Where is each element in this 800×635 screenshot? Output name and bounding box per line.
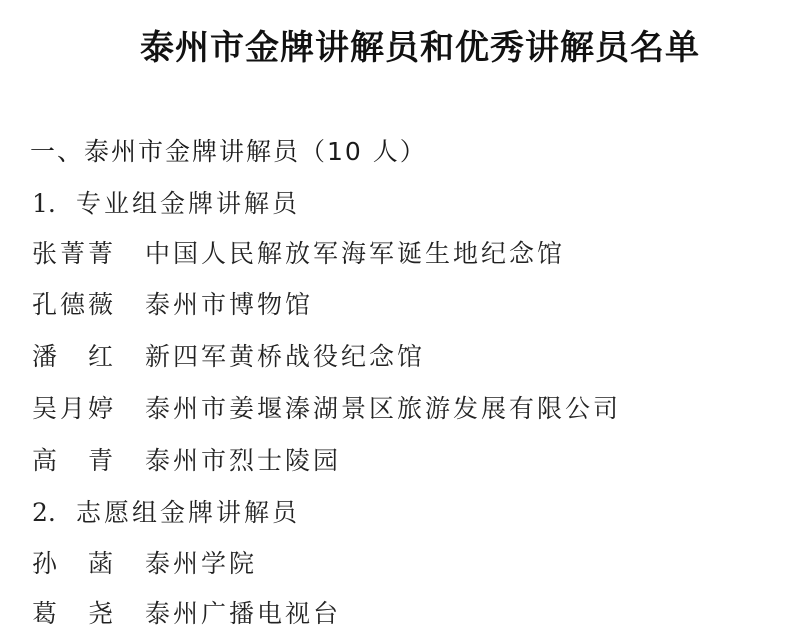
- list-item: 吴月婷泰州市姜堰溱湖景区旅游发展有限公司: [32, 389, 621, 423]
- person-name: 潘 红: [32, 337, 145, 373]
- group-number: 2.: [32, 498, 76, 527]
- person-name: 吴月婷: [32, 389, 145, 425]
- list-item: 张菁菁中国人民解放军海军诞生地纪念馆: [32, 234, 565, 268]
- list-item: 葛 尧泰州广播电视台: [32, 594, 341, 628]
- person-org: 泰州市烈士陵园: [145, 441, 341, 477]
- person-name: 葛 尧: [32, 594, 145, 630]
- list-item: 高 青泰州市烈士陵园: [32, 441, 341, 475]
- document-title: 泰州市金牌讲解员和优秀讲解员名单: [0, 20, 800, 69]
- person-org: 泰州广播电视台: [145, 594, 341, 630]
- group-heading: 2.志愿组金牌讲解员: [32, 493, 300, 527]
- group-heading: 1.专业组金牌讲解员: [32, 184, 300, 218]
- list-item: 孔德薇泰州市博物馆: [32, 285, 313, 319]
- list-item: 潘 红新四军黄桥战役纪念馆: [32, 337, 425, 371]
- list-item: 孙 菡泰州学院: [32, 544, 257, 578]
- person-org: 泰州市博物馆: [145, 285, 313, 321]
- person-name: 张菁菁: [32, 234, 145, 270]
- person-org: 泰州市姜堰溱湖景区旅游发展有限公司: [145, 389, 621, 425]
- group-number: 1.: [32, 189, 76, 218]
- person-name: 孔德薇: [32, 285, 145, 321]
- group-label: 志愿组金牌讲解员: [76, 498, 300, 527]
- person-name: 孙 菡: [32, 544, 145, 580]
- person-org: 泰州学院: [145, 544, 257, 580]
- person-name: 高 青: [32, 441, 145, 477]
- person-org: 中国人民解放军海军诞生地纪念馆: [145, 234, 565, 270]
- group-label: 专业组金牌讲解员: [76, 189, 300, 218]
- section-heading: 一、泰州市金牌讲解员（10 人）: [30, 132, 427, 168]
- person-org: 新四军黄桥战役纪念馆: [145, 337, 425, 373]
